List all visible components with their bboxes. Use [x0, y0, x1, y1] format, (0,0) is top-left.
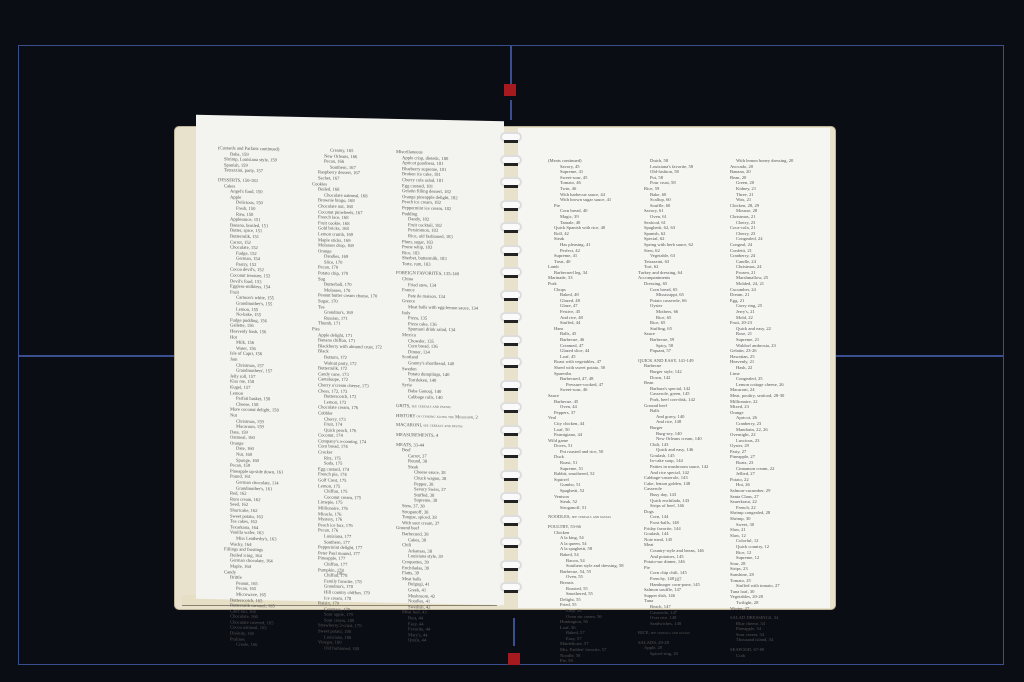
index-entry: HISTORY of cooking along the Mississippi… — [396, 413, 478, 420]
left-page: (Custards and Parfaits continued)Baba, 1… — [196, 115, 504, 605]
index-entry: With lemon honey dressing, 20 — [730, 158, 793, 164]
index-entry: Sandwiches, 148 — [638, 621, 708, 627]
index-entry: Crab — [730, 653, 793, 659]
index-entry: Spiced ring, 20 — [638, 651, 708, 657]
alignment-marker-top — [504, 84, 516, 96]
index-entry: Cabbage rolls, 140 — [396, 393, 478, 400]
index-entry: MACARONI, see cereals and pastas — [396, 422, 478, 429]
binding-ring — [500, 200, 522, 210]
index-column: (Custards and Parfaits continued)Baba, 1… — [218, 145, 283, 648]
binding-ring — [500, 560, 522, 570]
binding-ring — [500, 425, 522, 435]
binding-ring — [500, 222, 522, 232]
binding-ring — [500, 492, 522, 502]
index-entry: Tetrazzini, party, 157 — [218, 168, 283, 175]
alignment-marker-bottom — [508, 653, 520, 665]
guide-line-bottom — [513, 618, 515, 646]
binding-ring — [500, 155, 522, 165]
guide-line-top-lower — [510, 100, 512, 120]
index-entry: GRITS, see cereals and pastas — [396, 403, 478, 410]
index-entry: Stroganoff, 51 — [548, 505, 624, 511]
binding-ring — [500, 537, 522, 547]
index-entry: Pie, 58 — [548, 658, 624, 664]
guide-line-right — [832, 355, 1004, 357]
index-column: MiscellaneousApple crisp, dietetic, 180A… — [396, 149, 478, 645]
binding-ring — [500, 132, 522, 142]
binding-ring — [500, 245, 522, 255]
binding-ring — [500, 402, 522, 412]
binding-ring — [500, 582, 522, 592]
guide-line-top — [510, 45, 512, 85]
binding-ring — [500, 290, 522, 300]
binding-ring — [500, 267, 522, 277]
index-column: With lemon honey dressing, 20Avocado, 20… — [730, 158, 793, 658]
index-entry: NOODLES, see cereals and pastas — [548, 514, 624, 520]
binding-ring — [500, 380, 522, 390]
index-entry: Torte, rum, 183 — [396, 261, 478, 268]
index-entry: Piquant, 57 — [638, 348, 708, 354]
binding-ring — [500, 177, 522, 187]
index-entry: Winter, 27 — [730, 606, 793, 612]
right-page: (Meats continued)Savory, 45Supreme, 41Sw… — [518, 128, 830, 608]
guide-line-left — [18, 355, 178, 357]
binding-ring — [500, 515, 522, 525]
binding-ring — [500, 312, 522, 322]
index-entry: Meat, poultry, seafood, 28-30 — [730, 393, 793, 399]
binding-ring — [500, 447, 522, 457]
index-entry: MEASUREMENTS, 4 — [396, 432, 478, 439]
index-column: Creamy, 165New Orleans, 166Pecan, 166Sou… — [312, 147, 382, 652]
index-entry: Thousand island, 34 — [730, 637, 793, 643]
index-column: (Meats continued)Savory, 45Supreme, 41Sw… — [548, 158, 624, 664]
binding-ring — [500, 470, 522, 480]
index-entry: RICE, see cereals and pastas — [638, 630, 708, 636]
binding-ring — [500, 335, 522, 345]
page-number: 186 — [336, 572, 344, 578]
page-number: 187 — [674, 578, 682, 584]
binding-ring — [500, 357, 522, 367]
